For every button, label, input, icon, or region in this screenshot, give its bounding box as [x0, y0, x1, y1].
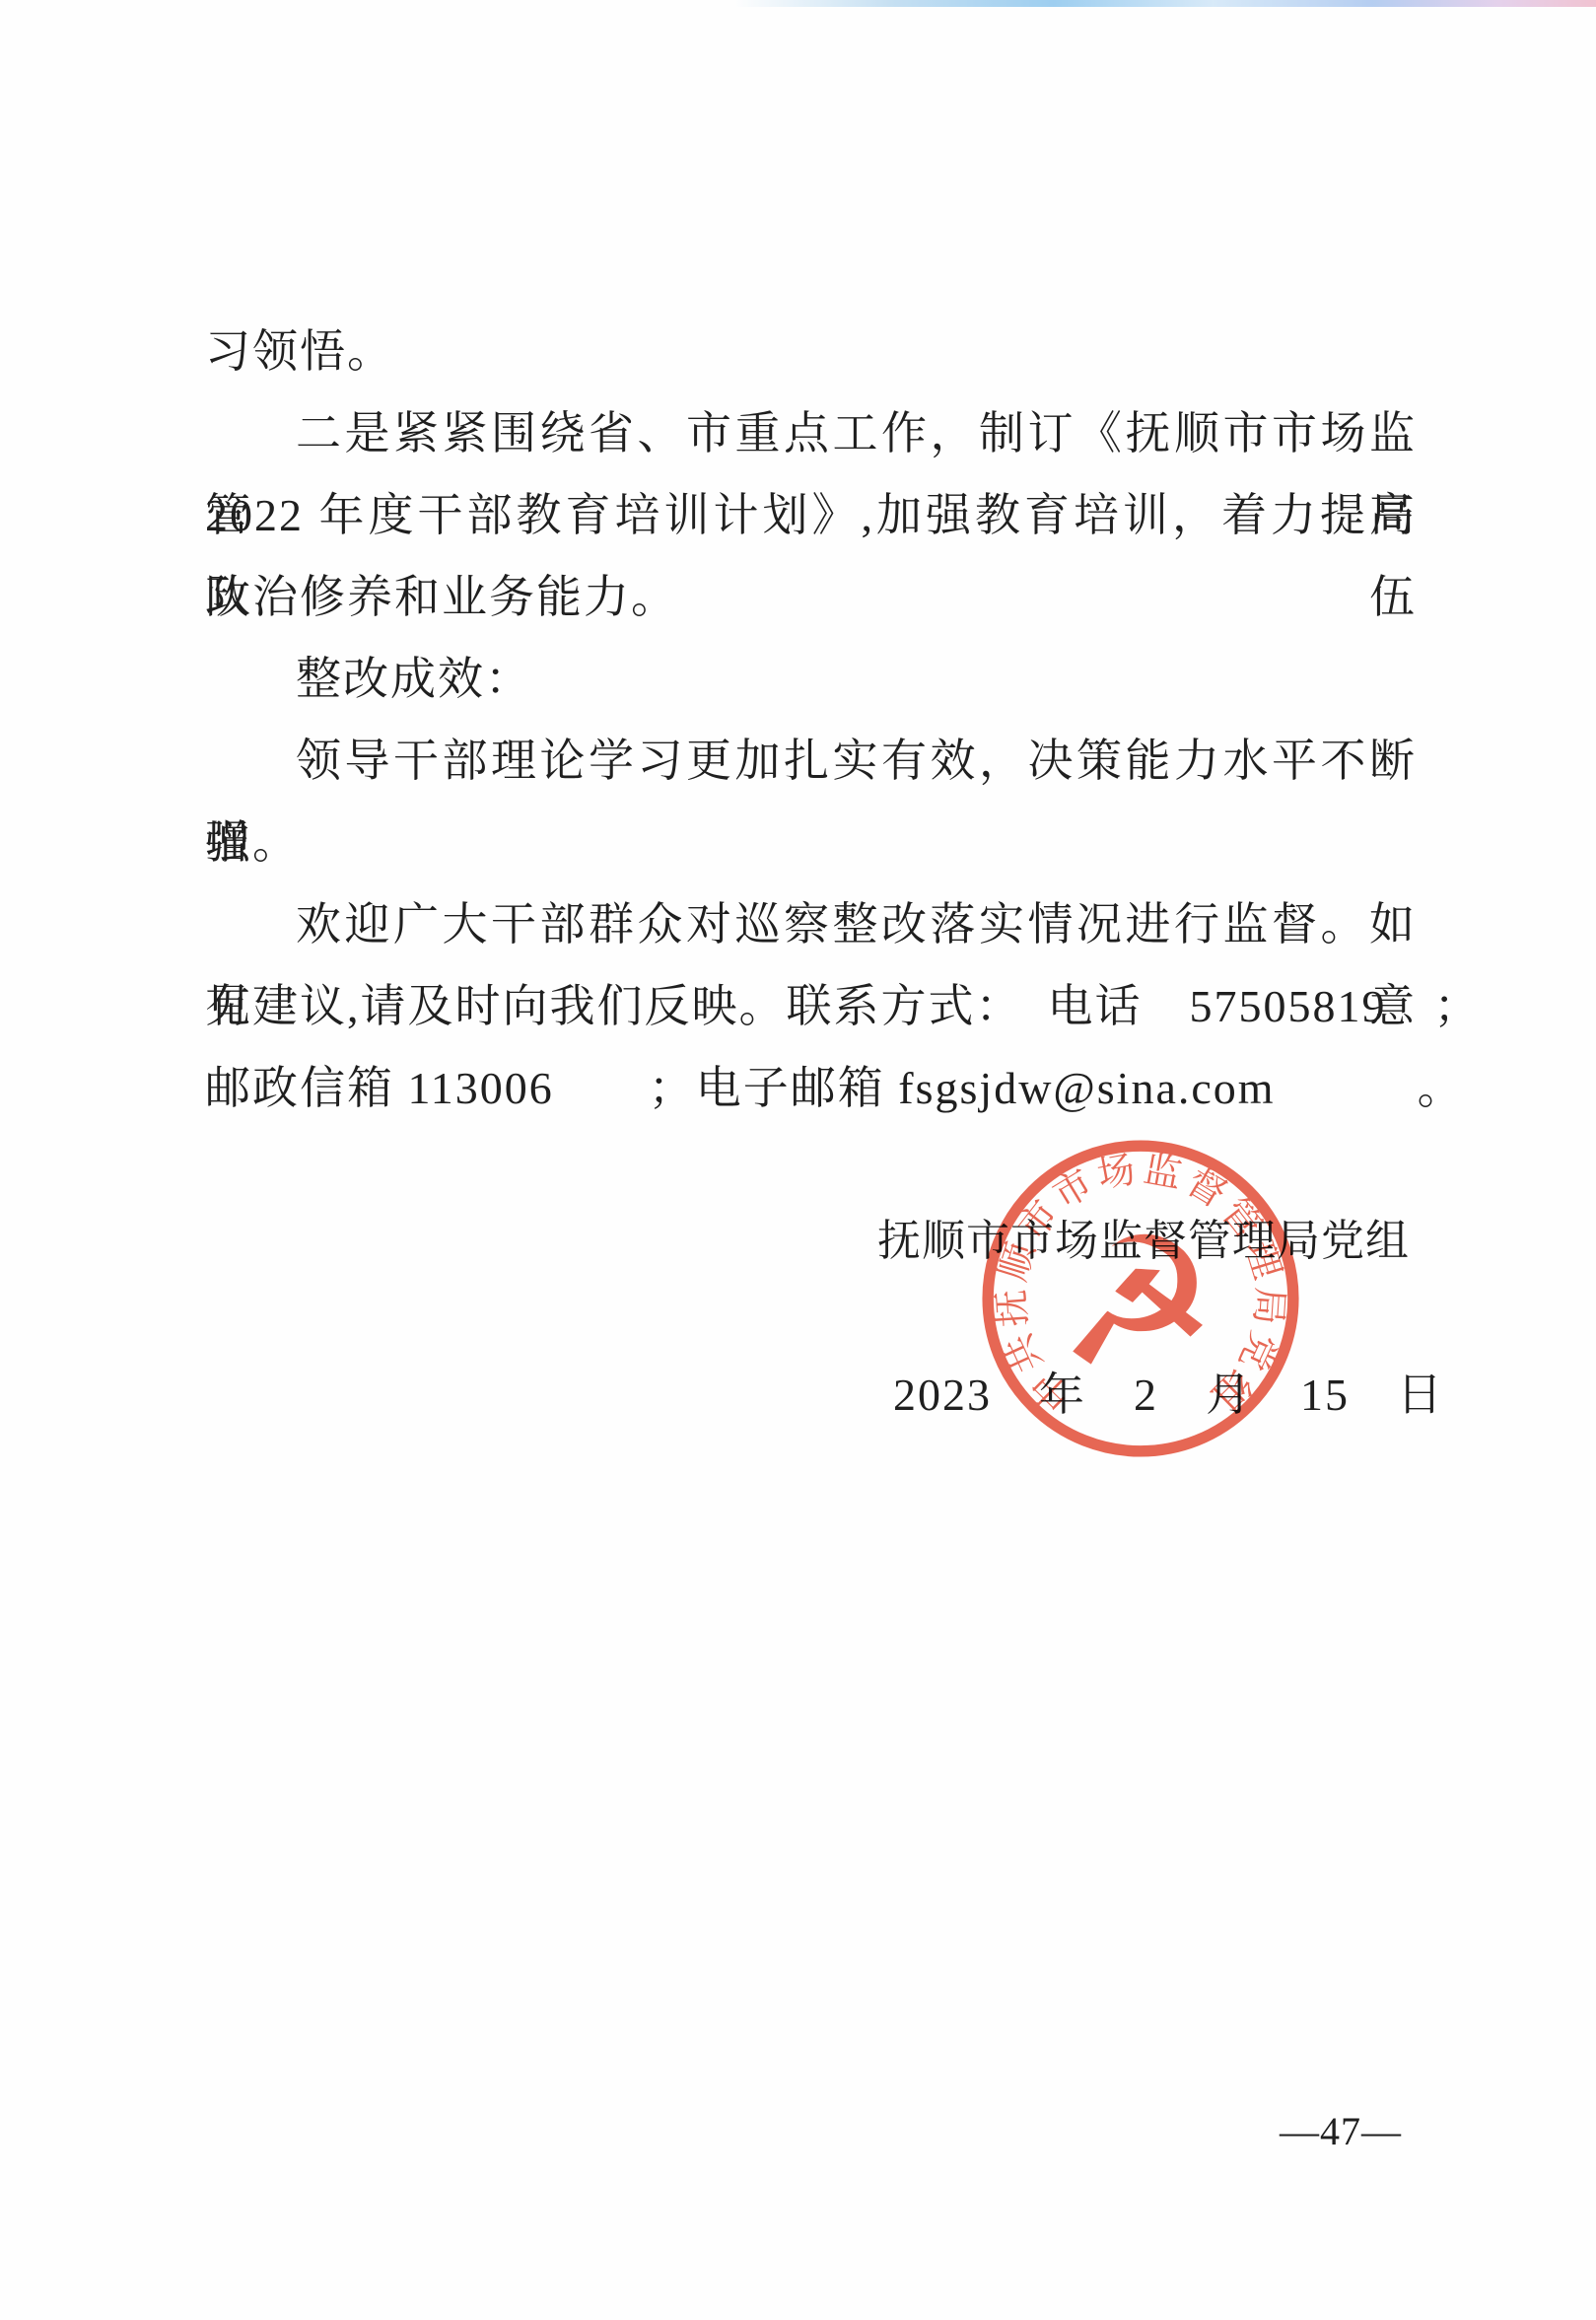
- body-text-line: 二是紧紧围绕省、市重点工作，制订《抚顺市市场监管局: [205, 392, 1417, 474]
- scan-artifact-strip: [0, 0, 1596, 7]
- body-text-line: 领导干部理论学习更加扎实有效，决策能力水平不断增: [205, 720, 1417, 802]
- body-text-line: 强。: [205, 802, 1417, 883]
- page-number: —47—: [1280, 2108, 1402, 2154]
- date-line: 2023 年 2 月 15 日: [893, 1359, 1444, 1424]
- document-page: 习领悟。二是紧紧围绕省、市重点工作，制订《抚顺市市场监管局2022 年度干部教育…: [0, 0, 1596, 2320]
- body-text-line: 2022 年度干部教育培训计划》,加强教育培训，着力提高队伍: [205, 474, 1417, 556]
- body-text-line: 整改成效：: [205, 638, 1417, 720]
- body-text-line: 邮政信箱 113006 ；电子邮箱 fsgsjdw@sina.com 。: [205, 1047, 1417, 1129]
- signature-line: 抚顺市市场监督管理局党组: [877, 1205, 1410, 1268]
- document-body: 习领悟。二是紧紧围绕省、市重点工作，制订《抚顺市市场监管局2022 年度干部教育…: [205, 311, 1417, 1129]
- body-text-line: 见建议,请及时向我们反映。联系方式： 电话 57505819 ；: [205, 965, 1417, 1047]
- body-text-line: 习领悟。: [205, 311, 1417, 392]
- body-text-line: 欢迎广大干部群众对巡察整改落实情况进行监督。如有意: [205, 883, 1417, 965]
